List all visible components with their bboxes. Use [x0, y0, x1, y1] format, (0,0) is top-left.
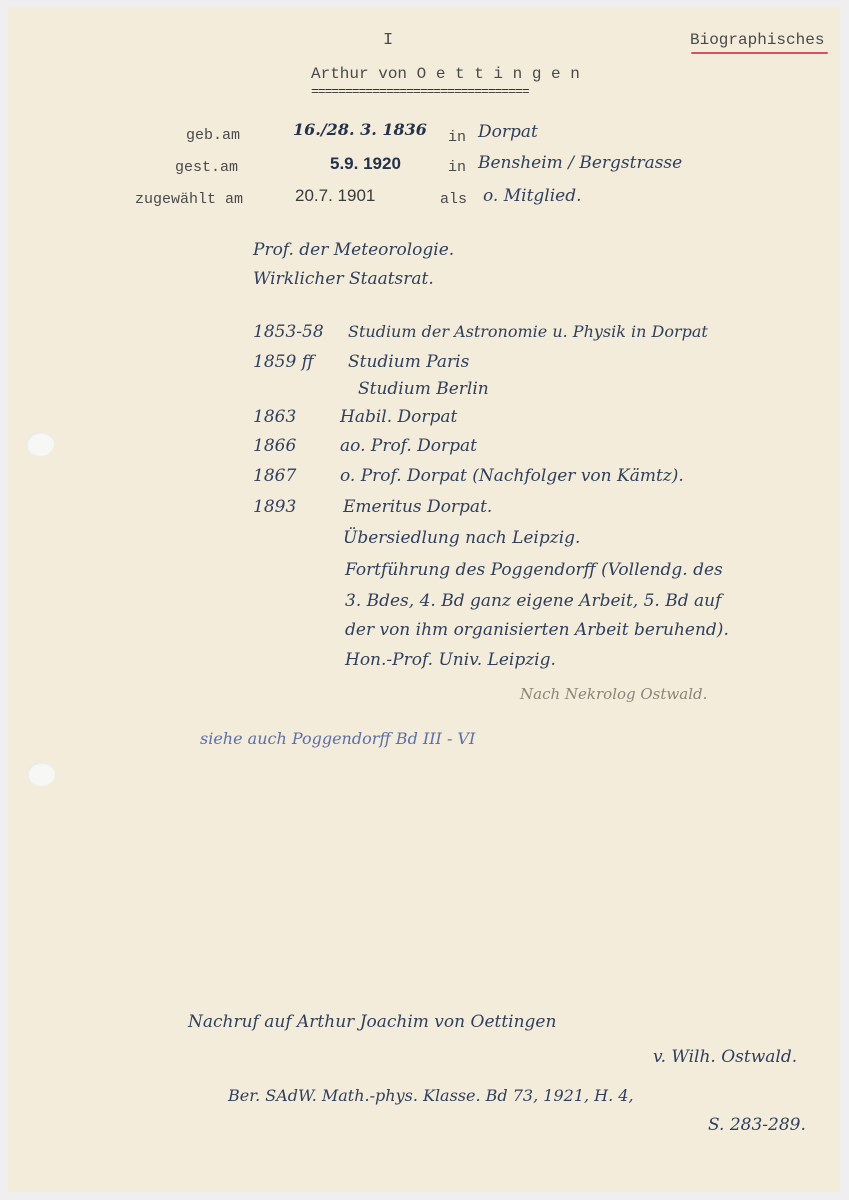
elected-status: o. Mitglied. — [483, 186, 582, 206]
career-year: 1893 — [253, 497, 296, 517]
career-text: Studium Berlin — [358, 379, 489, 399]
career-year: 1867 — [253, 466, 296, 486]
punch-hole-bottom — [27, 762, 55, 786]
died-connector: in — [448, 159, 466, 176]
career-text: Hon.-Prof. Univ. Leipzig. — [345, 650, 556, 670]
career-text: 3. Bdes, 4. Bd ganz eigene Arbeit, 5. Bd… — [345, 591, 721, 611]
elected-date: 20.7. 1901 — [295, 186, 375, 206]
elected-label: zugewählt am — [135, 191, 243, 208]
career-text: Fortführung des Poggendorff (Vollendg. d… — [345, 560, 723, 580]
punch-hole-top — [26, 432, 54, 456]
elected-connector: als — [440, 191, 467, 208]
career-year: 1863 — [253, 407, 296, 427]
born-connector: in — [448, 129, 466, 146]
born-place: Dorpat — [478, 122, 538, 142]
career-text: Habil. Dorpat — [340, 407, 457, 427]
career-text: o. Prof. Dorpat (Nachfolger von Kämtz). — [340, 466, 684, 486]
died-label: gest.am — [175, 159, 238, 176]
title-professor: Prof. der Meteorologie. — [253, 240, 454, 260]
reference-pages: S. 283-289. — [708, 1115, 806, 1135]
document-page: I Biographisches Arthur von O e t t i n … — [8, 7, 840, 1192]
career-year: 1853-58 — [253, 322, 324, 342]
reference-author: v. Wilh. Ostwald. — [653, 1047, 797, 1067]
title-double-underline: ================================ — [311, 84, 611, 99]
page-number: I — [383, 31, 393, 50]
reference-citation: Ber. SAdW. Math.-phys. Klasse. Bd 73, 19… — [228, 1086, 634, 1105]
career-text: Studium der Astronomie u. Physik in Dorp… — [348, 322, 708, 341]
source-note: Nach Nekrolog Ostwald. — [520, 685, 707, 703]
career-year: 1866 — [253, 436, 296, 456]
document-title: Arthur von O e t t i n g e n — [311, 65, 580, 83]
born-label: geb.am — [186, 127, 240, 144]
reference-title: Nachruf auf Arthur Joachim von Oettingen — [188, 1012, 556, 1032]
born-date: 16./28. 3. 1836 — [293, 120, 427, 139]
category-label: Biographisches — [690, 31, 824, 49]
career-text: Emeritus Dorpat. — [343, 497, 492, 517]
see-also-note: siehe auch Poggendorff Bd III - VI — [200, 729, 475, 748]
category-red-underline — [691, 52, 828, 54]
career-year: 1859 ff — [253, 352, 314, 372]
title-staatsrat: Wirklicher Staatsrat. — [253, 269, 434, 289]
died-place: Bensheim / Bergstrasse — [478, 153, 682, 173]
career-text: Studium Paris — [348, 352, 469, 372]
career-text: der von ihm organisierten Arbeit beruhen… — [345, 620, 729, 640]
career-text: Übersiedlung nach Leipzig. — [343, 528, 580, 548]
career-text: ao. Prof. Dorpat — [340, 436, 477, 456]
died-date: 5.9. 1920 — [330, 154, 401, 174]
